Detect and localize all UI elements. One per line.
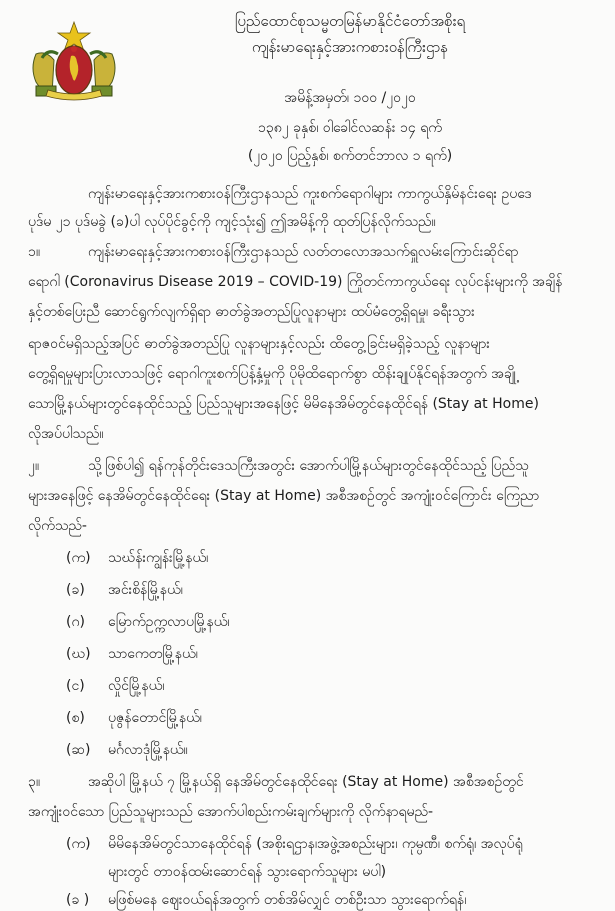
list-item-label: (င) [66,676,85,697]
order-date-gregorian: (၂၀၂၀ ပြည့်နှစ်၊ စက်တင်ဘာလ ၁ ရက်) [150,146,550,167]
government-order-document: ပြည်ထောင်စုသမ္မတမြန်မာနိုင်ငံတော်အစိုးရ … [0,0,615,911]
township-item: လှိုင်မြို့နယ်၊ [108,676,164,696]
list-item-label: (က) [66,834,91,855]
section-1-line: ကျန်းမာရေးနှင့်အားကစားဝန်ကြီးဌာနသည် လတ်တ… [88,242,518,262]
list-item-label: (ခ) [66,580,85,601]
list-item-label: (ဆ) [66,740,90,761]
township-item: မြောက်ဥက္ကလာပမြို့နယ်၊ [108,612,230,632]
section-1-line: တွေ့ရှိရမှုများပြားလာသဖြင့် ရောဂါကူးစက်ပ… [28,364,516,384]
section-1-line: နှင့်တစ်ပြေးညီ ဆောင်ရွက်လျက်ရှိရာ ဓာတ်ခွ… [28,302,475,322]
order-number: အမိန့်အမှတ်၊ ၁၀၀ /၂၀၂၀ [150,88,550,109]
list-item-label: (ဂ) [66,612,85,633]
list-item-label: (က) [66,548,91,569]
list-item-label: (စ) [66,708,85,729]
section-2-line: လိုက်သည်- [28,516,87,536]
ministry-name: ကျန်းမာရေးနှင့်အားကစားဝန်ကြီးဌာန [150,38,550,60]
section-2-line: များအနေဖြင့် နေအိမ်တွင်နေထိုင်ရေး (Stay … [28,486,539,506]
section-1-line: ရာဇဝင်မရှိသည့်အပြင် ဓာတ်ခွဲအတည်ပြု လူနာမ… [28,334,490,354]
order-date-myanmar: ၁၃၈၂ ခုနှစ်၊ ဝါခေါင်လဆန်း ၁၄ ရက် [150,118,550,139]
preamble-line: ကျန်းမာရေးနှင့်အားကစားဝန်ကြီးဌာနသည် ကူးစ… [88,184,532,204]
section-3-line: အကျုံးဝင်သော ပြည်သူများသည် အောက်ပါစည်းကမ… [28,802,433,822]
rule-item-line: မဖြစ်မနေ ဈေးဝယ်ရန်အတွက် တစ်အိမ်လျှင် တစ်… [108,890,466,910]
list-item-label: (ဃ) [66,644,91,665]
section-1-line: သောမြို့နယ်များတွင်နေထိုင်သည့် ပြည်သူမျာ… [28,394,539,414]
section-3-line: အဆိုပါ မြို့နယ် ၇ မြို့နယ်ရှိ နေအိမ်တွင်… [88,772,524,792]
government-name: ပြည်ထောင်စုသမ္မတမြန်မာနိုင်ငံတော်အစိုးရ [150,12,550,34]
rule-item-line: များတွင် တာဝန်ထမ်းဆောင်ရန် သွားရောက်သူမျ… [108,862,386,882]
township-item: သာကေတမြို့နယ်၊ [108,644,198,664]
township-item: မင်္ဂလာဒုံမြို့နယ်။ [108,740,188,760]
township-item: အင်းစိန်မြို့နယ်၊ [108,580,183,600]
preamble-line: ပုဒ်မ ၂၁ ပုဒ်မခွဲ (ခ)ပါ လုပ်ပိုင်ခွင့်ကိ… [28,212,436,232]
township-item: ပုဇွန်တောင်မြို့နယ်၊ [108,708,202,728]
section-1-line: ရောဂါ (Coronavirus Disease 2019 – COVID-… [28,272,562,292]
section-1-line: လိုအပ်ပါသည်။ [28,424,104,444]
rule-item-line: မိမိနေအိမ်တွင်သာနေထိုင်ရန် (အစိုးရဌာန၊အဖ… [108,834,523,854]
section-2-line: သို့ဖြစ်ပါ၍ ရန်ကုန်တိုင်းဒေသကြီးအတွင်း အ… [88,456,529,476]
section-number: ၂။ [28,456,39,477]
section-number: ၃။ [28,772,40,793]
township-item: သဃ်န်းကျွန်းမြို့နယ်၊ [108,548,208,568]
state-emblem-icon [24,20,124,110]
section-number: ၁။ [28,242,40,263]
list-item-label: (ခ ) [66,890,89,911]
